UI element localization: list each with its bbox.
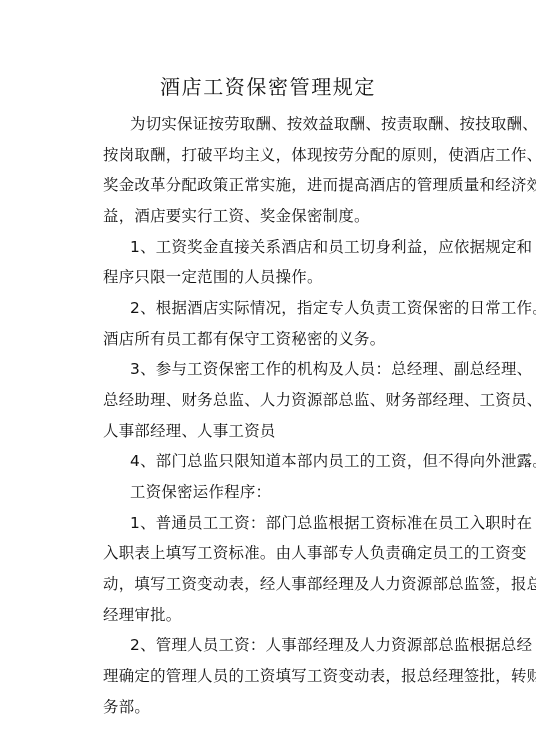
rule-2-paragraph: 2、根据酒店实际情况，指定专人负责工资保密的日常工作。 酒店所有员工都有保守工资… bbox=[73, 293, 463, 354]
text-line: 动，填写工资变动表，经人事部经理及人力资源部总监签，报总 bbox=[73, 569, 463, 600]
rule-1-paragraph: 1、工资奖金直接关系酒店和员工切身利益，应依据规定和 程序只限一定范围的人员操作… bbox=[73, 232, 463, 293]
procedure-2-paragraph: 2、管理人员工资：人事部经理及人力资源部总监根据总经 理确定的管理人员的工资填写… bbox=[73, 630, 463, 722]
text-line: 奖金改革分配政策正常实施，进而提高酒店的管理质量和经济效 bbox=[73, 170, 463, 201]
text-line: 2、管理人员工资：人事部经理及人力资源部总监根据总经 bbox=[73, 630, 463, 661]
text-line: 2、根据酒店实际情况，指定专人负责工资保密的日常工作。 bbox=[73, 293, 463, 324]
text-line: 为切实保证按劳取酬、按效益取酬、按责取酬、按技取酬、 bbox=[73, 109, 463, 140]
text-line: 工资保密运作程序： bbox=[73, 477, 463, 508]
text-line: 程序只限一定范围的人员操作。 bbox=[73, 262, 463, 293]
text-line: 1、工资奖金直接关系酒店和员工切身利益，应依据规定和 bbox=[73, 232, 463, 263]
text-line: 4、部门总监只限知道本部内员工的工资，但不得向外泄露。 bbox=[73, 446, 463, 477]
procedure-heading: 工资保密运作程序： bbox=[73, 477, 463, 508]
text-line: 人事部经理、人事工资员 bbox=[73, 416, 463, 447]
text-line: 益，酒店要实行工资、奖金保密制度。 bbox=[73, 201, 463, 232]
rule-3-paragraph: 3、参与工资保密工作的机构及人员：总经理、副总经理、 总经助理、财务总监、人力资… bbox=[73, 354, 463, 446]
procedure-1-paragraph: 1、普通员工工资：部门总监根据工资标准在员工入职时在 入职表上填写工资标准。由人… bbox=[73, 508, 463, 631]
text-line: 按岗取酬，打破平均主义，体现按劳分配的原则，使酒店工作、 bbox=[73, 140, 463, 171]
intro-paragraph: 为切实保证按劳取酬、按效益取酬、按责取酬、按技取酬、 按岗取酬，打破平均主义，体… bbox=[73, 109, 463, 232]
text-line: 入职表上填写工资标准。由人事部专人负责确定员工的工资变 bbox=[73, 538, 463, 569]
text-line: 总经助理、财务总监、人力资源部总监、财务部经理、工资员、 bbox=[73, 385, 463, 416]
text-line: 1、普通员工工资：部门总监根据工资标准在员工入职时在 bbox=[73, 508, 463, 539]
text-line: 理确定的管理人员的工资填写工资变动表，报总经理签批，转财 bbox=[73, 661, 463, 692]
text-line: 酒店所有员工都有保守工资秘密的义务。 bbox=[73, 324, 463, 355]
rule-4-paragraph: 4、部门总监只限知道本部内员工的工资，但不得向外泄露。 bbox=[73, 446, 463, 477]
document-title: 酒店工资保密管理规定 bbox=[0, 74, 536, 100]
text-line: 3、参与工资保密工作的机构及人员：总经理、副总经理、 bbox=[73, 354, 463, 385]
document-body: 为切实保证按劳取酬、按效益取酬、按责取酬、按技取酬、 按岗取酬，打破平均主义，体… bbox=[73, 109, 463, 722]
text-line: 经理审批。 bbox=[73, 600, 463, 631]
text-line: 务部。 bbox=[73, 692, 463, 723]
document-page: 酒店工资保密管理规定 为切实保证按劳取酬、按效益取酬、按责取酬、按技取酬、 按岗… bbox=[0, 0, 536, 746]
